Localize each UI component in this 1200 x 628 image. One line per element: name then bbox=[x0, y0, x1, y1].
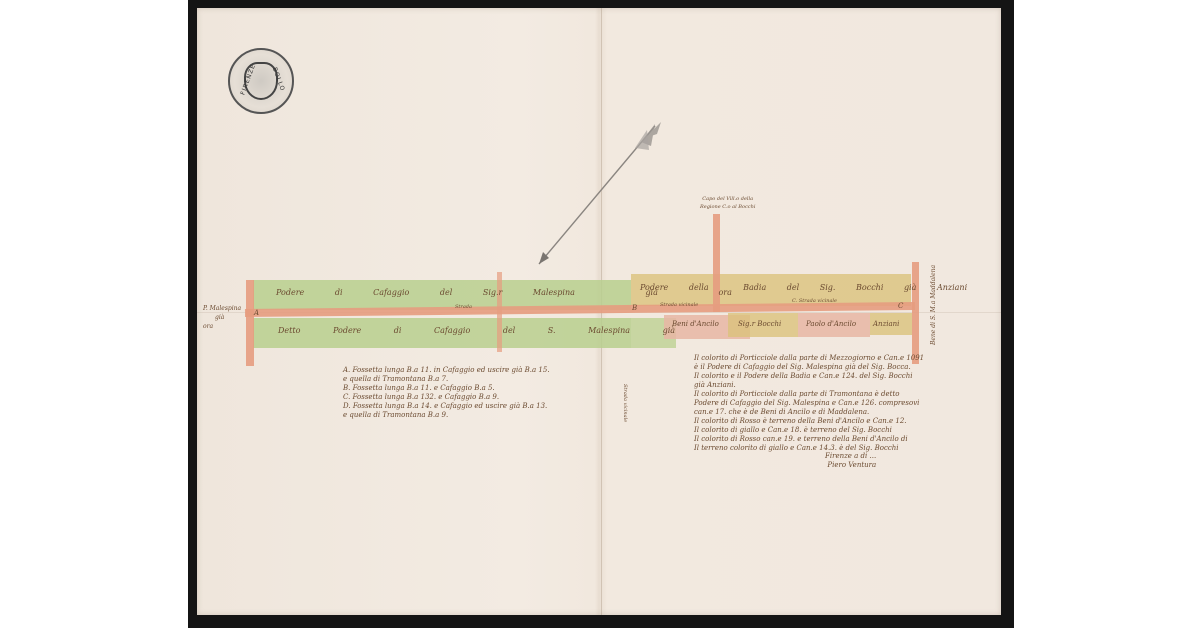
lower-left-field-label: Detto Podere di Cafaggio del S. Malespin… bbox=[278, 326, 675, 335]
left-side-label: P. Malespina già ora bbox=[203, 304, 241, 331]
marker-c: C bbox=[898, 302, 903, 310]
lower-right-label-3: Paolo d'Ancilo bbox=[806, 320, 856, 328]
road-label-center: Strada bbox=[455, 304, 472, 310]
legend-right: Il colorito di Porticciole dalla parte d… bbox=[694, 354, 924, 453]
north-road-label: Capo del Vill.o della Regione C.o al Boc… bbox=[700, 195, 755, 211]
left-vertical-road bbox=[246, 280, 254, 366]
center-vertical-road bbox=[497, 272, 502, 352]
stamp-seal-icon: FIRENZE BOLLO bbox=[228, 48, 294, 114]
lower-right-label-2: Sig.r Bocchi bbox=[738, 320, 781, 328]
road-label-right-2: C. Strada vicinale bbox=[792, 298, 837, 304]
center-vertical-note: Strada vicinale bbox=[622, 384, 628, 422]
legend-left: A. Fossetta lunga B.a 11. in Cafaggio ed… bbox=[343, 366, 550, 420]
north-branch-road bbox=[713, 214, 720, 312]
road-label-right: Strada vicinale bbox=[660, 302, 698, 308]
marker-b: B bbox=[632, 304, 637, 312]
signature: Firenze a di ... Piero Ventura bbox=[825, 452, 876, 470]
upper-right-field-label: Podere della Badia del Sig. Bocchi già A… bbox=[640, 283, 967, 292]
right-vertical-road bbox=[912, 262, 919, 364]
lower-right-label-1: Beni d'Ancilo bbox=[672, 320, 719, 328]
north-arrow-icon bbox=[535, 120, 665, 270]
right-vertical-label: Bene di S. M.a Maddalena bbox=[930, 265, 937, 345]
lower-right-label-4: Anziani bbox=[873, 320, 899, 328]
marker-a: A bbox=[254, 309, 259, 317]
